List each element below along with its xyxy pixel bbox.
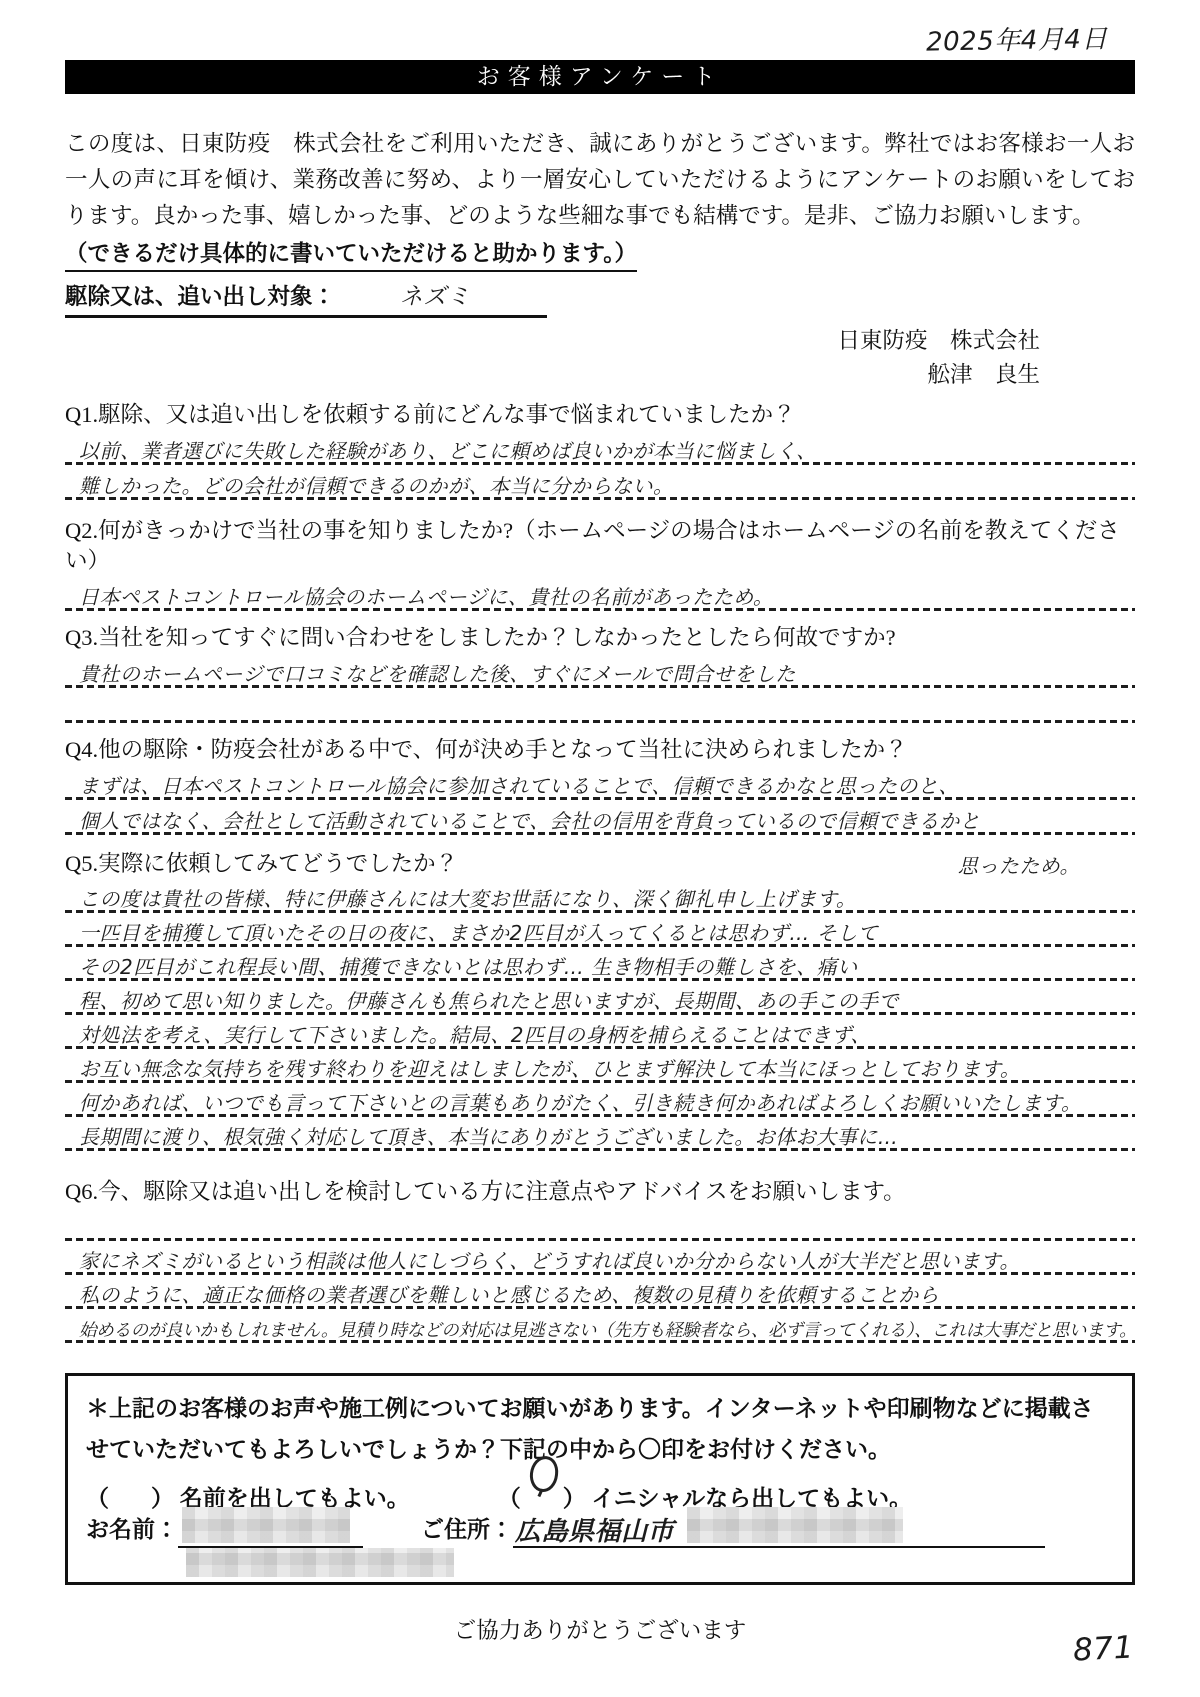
name-label: お名前： — [86, 1511, 178, 1548]
question-5-answer-line: 何かあれば、いつでも言って下さいとの言葉もありがたく、引き続き何かあればよろしく… — [65, 1083, 1135, 1117]
note-text: （できるだけ具体的に書いていただけると助かります。） — [65, 236, 637, 272]
question-5-answer-line: お互い無念な気持ちを残す終わりを迎えはしましたが、ひとまず解決して本当にほっとし… — [65, 1049, 1135, 1083]
company-block: 日東防疫 株式会社 舩津 良生 — [65, 324, 1135, 392]
target-value: ネズミ — [400, 278, 471, 311]
target-field: ネズミ — [335, 278, 535, 311]
company-name: 日東防疫 株式会社 — [65, 324, 1040, 358]
name-field — [178, 1504, 363, 1548]
target-row: 駆除又は、追い出し対象：ネズミ — [65, 272, 1135, 318]
handwritten-answer: 始めるのが良いかもしれません。見積り時などの対応は見逃さない（先方も経験者なら、… — [79, 1317, 1136, 1342]
handwritten-answer: まずは、日本ペストコントロール協会に参加されていることで、信頼できるかなと思った… — [79, 770, 959, 799]
handwritten-answer: 個人ではなく、会社として活動されていることで、会社の信用を背負っているので信頼で… — [79, 805, 980, 834]
question-6-answer-line: 家にネズミがいるという相談は他人にしづらく、どうすれば良いか分からない人が大半だ… — [65, 1241, 1135, 1275]
question-5-answer-line: 程、初めて思い知りました。伊藤さんも焦られたと思いますが、長期間、あの手この手で — [65, 981, 1135, 1015]
handwritten-answer: 長期間に渡り、根気強く対応して頂き、本当にありがとうございました。お体お大事に… — [79, 1121, 898, 1150]
handwritten-answer: 対処法を考え、実行して下さいました。結局、2匹目の身柄を捕らえることはできず、 — [79, 1019, 871, 1048]
permission-text: ＊上記のお客様のお声や施工例についてお願いがあります。インターネットや印刷物など… — [86, 1388, 1114, 1470]
question-5-answer-line: その2匹目がこれ程長い間、捕獲できないとは思わず… 生き物相手の難しさを、痛い — [65, 947, 1135, 981]
question-2-answer-line: 日本ペストコントロール協会のホームページに、貴社の名前があったため。 — [65, 576, 1135, 611]
redacted-address-block — [687, 1507, 903, 1543]
handwritten-address: 広島県福山市 — [515, 1511, 674, 1548]
handwritten-answer: 私のように、適正な価格の業者選びを難しいと感じるため、複数の見積りを依頼すること… — [79, 1279, 939, 1308]
handwritten-answer: 日本ペストコントロール協会のホームページに、貴社の名前があったため。 — [79, 581, 773, 610]
handwritten-answer: この度は貴社の皆様、特に伊藤さんには大変お世話になり、深く御礼申し上げます。 — [79, 883, 856, 912]
address-field: 広島県福山市 — [513, 1504, 1045, 1548]
question-1-label: Q1.駆除、又は追い出しを依頼する前にどんな事で悩まれていましたか？ — [65, 400, 1135, 430]
question-2: Q2.何がきっかけで当社の事を知りましたか?（ホームページの場合はホームページの… — [65, 516, 1135, 611]
question-1: Q1.駆除、又は追い出しを依頼する前にどんな事で悩まれていましたか？ 以前、業者… — [65, 400, 1135, 500]
signature-row: お名前： ご住所： 広島県福山市 — [86, 1504, 1114, 1548]
handwritten-answer: 以前、業者選びに失敗した経験があり、どこに頼めば良いかが本当に悩ましく、 — [79, 435, 817, 464]
question-5-label: Q5.実際に依頼してみてどうでしたか？ — [65, 849, 458, 879]
question-3: Q3.当社を知ってすぐに問い合わせをしましたか？しなかったとしたら何故ですか? … — [65, 623, 1135, 723]
handwritten-answer: 家にネズミがいるという相談は他人にしづらく、どうすれば良いか分からない人が大半だ… — [79, 1245, 1020, 1274]
question-6-answer-line: 私のように、適正な価格の業者選びを難しいと感じるため、複数の見積りを依頼すること… — [65, 1275, 1135, 1309]
question-6: Q6.今、駆除又は追い出しを検討している方に注意点やアドバイスをお願いします。 … — [65, 1177, 1135, 1343]
name-field-group: お名前： — [86, 1504, 363, 1548]
question-1-answer-line: 以前、業者選びに失敗した経験があり、どこに頼めば良いかが本当に悩ましく、 — [65, 430, 1135, 465]
note-row: （できるだけ具体的に書いていただけると助かります。） — [65, 236, 1135, 272]
title-banner: お客様アンケート — [65, 60, 1135, 94]
answer-line-empty — [65, 688, 1135, 723]
question-5-answer-line: この度は貴社の皆様、特に伊藤さんには大変お世話になり、深く御礼申し上げます。 — [65, 879, 1135, 913]
redacted-name-block-2 — [186, 1548, 454, 1577]
question-3-answer-line: 貴社のホームページで口コミなどを確認した後、すぐにメールで問合せをした — [65, 653, 1135, 688]
address-label: ご住所： — [421, 1511, 513, 1548]
question-1-answer-line: 難しかった。どの会社が信頼できるのかが、本当に分からない。 — [65, 465, 1135, 500]
question-4-answer-line: 個人ではなく、会社として活動されていることで、会社の信用を背負っているので信頼で… — [65, 800, 1135, 835]
question-5-label-row: Q5.実際に依頼してみてどうでしたか？ 思ったため。 — [65, 849, 1135, 879]
thanks-message: ご協力ありがとうございます — [65, 1613, 1135, 1645]
target-label: 駆除又は、追い出し対象： — [65, 284, 335, 309]
page-number: 871 — [1072, 1629, 1134, 1668]
question-5-answer-line: 長期間に渡り、根気強く対応して頂き、本当にありがとうございました。お体お大事に… — [65, 1117, 1135, 1151]
page-title: お客様アンケート — [477, 64, 724, 89]
intro-paragraph: この度は、日東防疫 株式会社をご利用いただき、誠にありがとうございます。弊社では… — [65, 126, 1135, 234]
question-6-label: Q6.今、駆除又は追い出しを検討している方に注意点やアドバイスをお願いします。 — [65, 1177, 1135, 1207]
question-6-answer-line: 始めるのが良いかもしれません。見積り時などの対応は見逃さない（先方も経験者なら、… — [65, 1309, 1135, 1343]
handwritten-answer: 何かあれば、いつでも言って下さいとの言葉もありがたく、引き続き何かあればよろしく… — [79, 1087, 1082, 1116]
handwritten-answer: 一匹目を捕獲して頂いたその日の夜に、まさか2匹目が入ってくるとは思わず… そして — [79, 917, 878, 946]
redacted-name-block — [182, 1507, 350, 1543]
question-4: Q4.他の駆除・防疫会社がある中で、何が決め手となって当社に決められましたか？ … — [65, 735, 1135, 835]
question-5-answer-line: 対処法を考え、実行して下さいました。結局、2匹目の身柄を捕らえることはできず、 — [65, 1015, 1135, 1049]
question-4-label: Q4.他の駆除・防疫会社がある中で、何が決め手となって当社に決められましたか？ — [65, 735, 1135, 765]
staff-name: 舩津 良生 — [65, 358, 1040, 392]
handwritten-answer: その2匹目がこれ程長い間、捕獲できないとは思わず… 生き物相手の難しさを、痛い — [79, 951, 858, 980]
question-5: Q5.実際に依頼してみてどうでしたか？ 思ったため。 この度は貴社の皆様、特に伊… — [65, 849, 1135, 1151]
handwritten-answer: 貴社のホームページで口コミなどを確認した後、すぐにメールで問合せをした — [79, 658, 796, 687]
survey-date: 2025年4月4日 — [926, 18, 1108, 58]
option-initial-ok-mark-slot — [521, 1476, 563, 1506]
question-3-label: Q3.当社を知ってすぐに問い合わせをしましたか？しなかったとしたら何故ですか? — [65, 623, 1135, 653]
answer-line-empty — [65, 1207, 1135, 1241]
option-name-ok-mark-slot — [109, 1476, 151, 1506]
handwritten-answer: 難しかった。どの会社が信頼できるのかが、本当に分からない。 — [79, 470, 674, 499]
survey-page: 2025年4月4日 お客様アンケート この度は、日東防疫 株式会社をご利用いただ… — [0, 0, 1200, 1697]
permission-box: ＊上記のお客様のお声や施工例についてお願いがあります。インターネットや印刷物など… — [65, 1373, 1135, 1585]
handwritten-answer: 程、初めて思い知りました。伊藤さんも焦られたと思いますが、長期間、あの手この手で — [79, 985, 899, 1014]
address-field-group: ご住所： 広島県福山市 — [421, 1504, 1045, 1548]
question-4-answer-line: まずは、日本ペストコントロール協会に参加されていることで、信頼できるかなと思った… — [65, 765, 1135, 800]
question-4-answer-overflow: 思ったため。 — [958, 850, 1080, 879]
handwritten-answer: お互い無念な気持ちを残す終わりを迎えはしましたが、ひとまず解決して本当にほっとし… — [79, 1053, 1020, 1082]
question-5-answer-line: 一匹目を捕獲して頂いたその日の夜に、まさか2匹目が入ってくるとは思わず… そして — [65, 913, 1135, 947]
question-2-label: Q2.何がきっかけで当社の事を知りましたか?（ホームページの場合はホームページの… — [65, 516, 1135, 576]
